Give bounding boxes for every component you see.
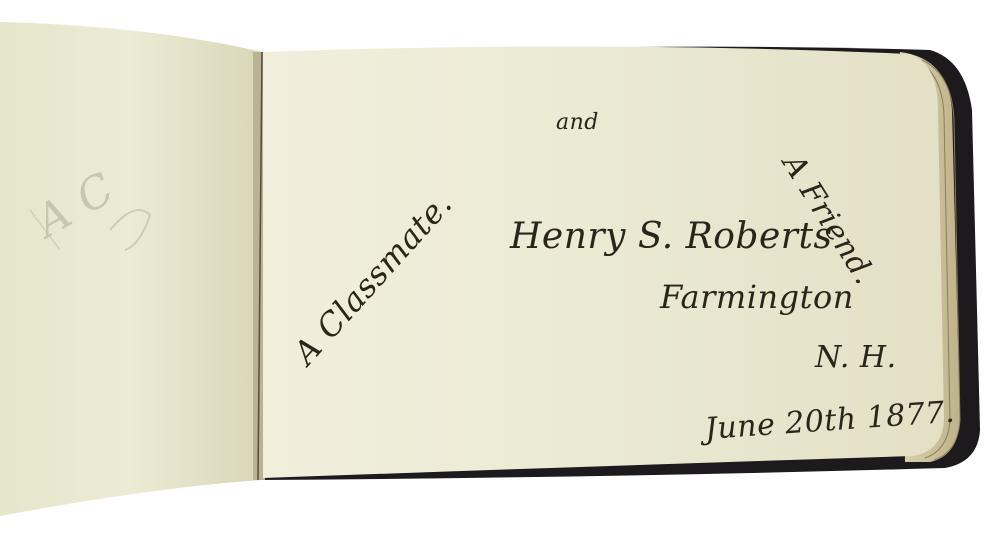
album-photo: A Classmate. and A Friend. Henry S. Robe… [0,0,1000,542]
and-inscription: and [556,110,599,135]
state: N. H. [815,340,897,375]
signature: Henry S. Roberts [510,216,832,257]
left-page [0,22,262,516]
town: Farmington [660,278,854,316]
